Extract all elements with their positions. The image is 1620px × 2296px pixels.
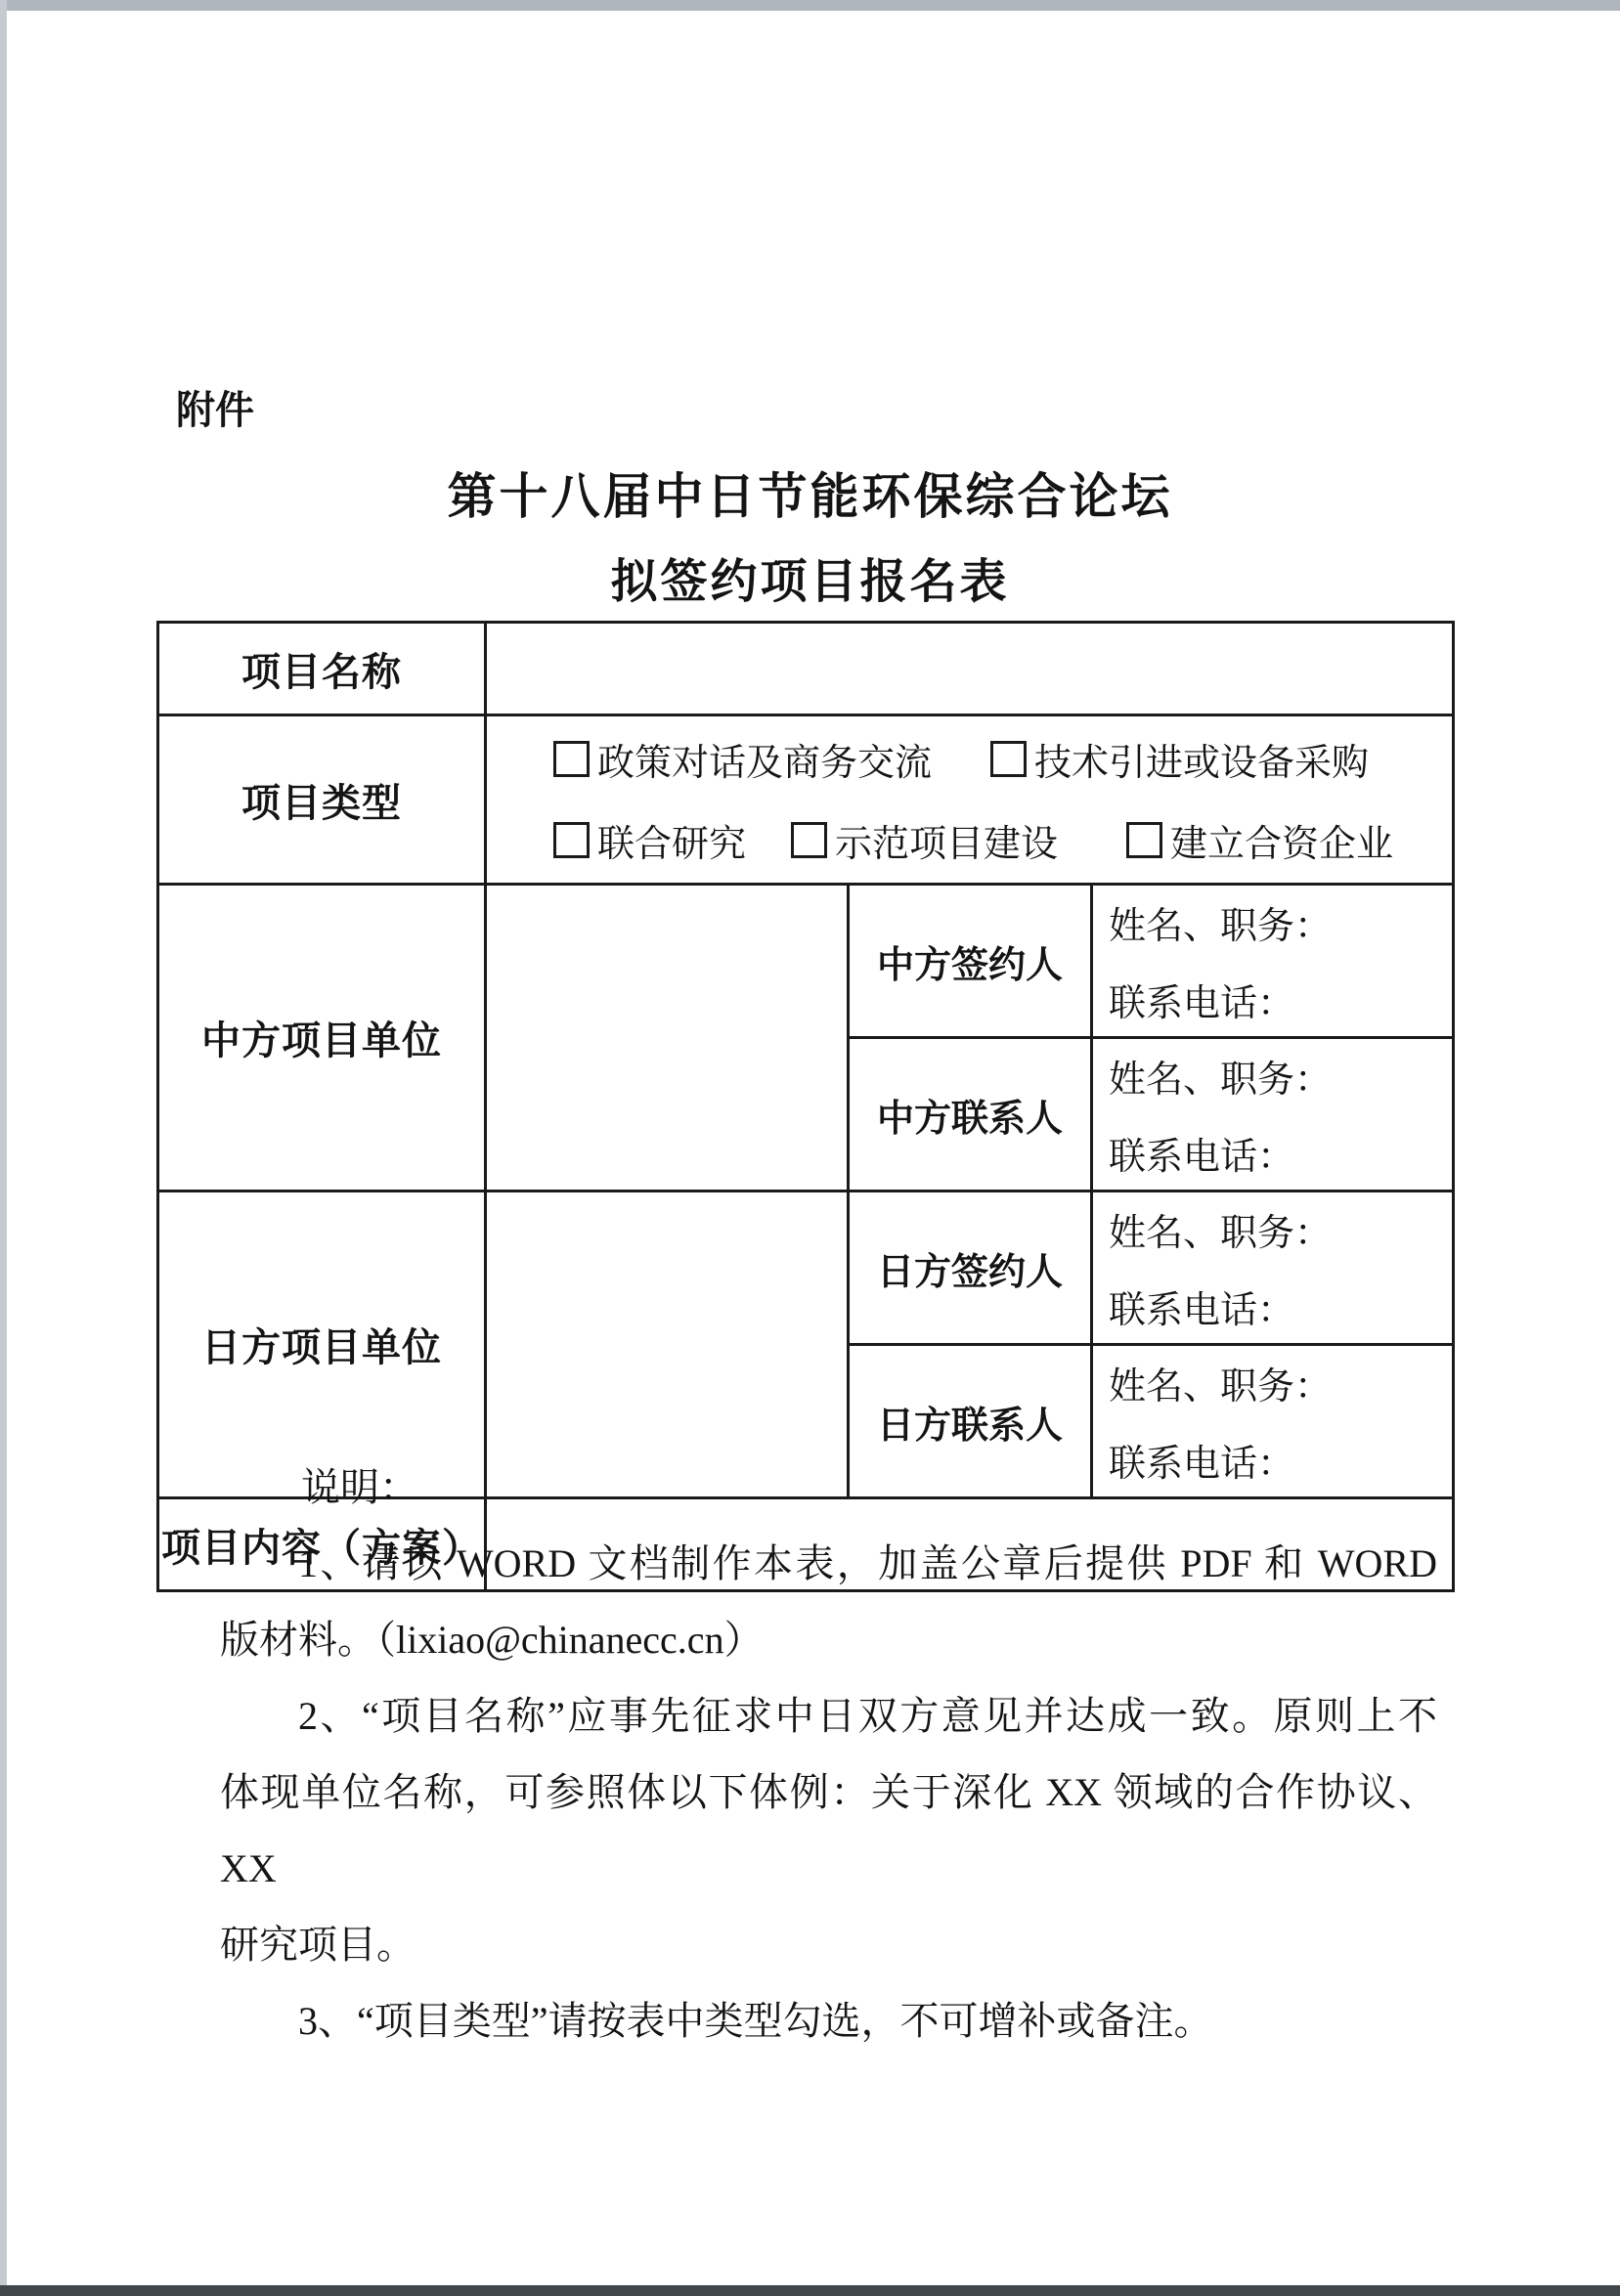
- checkbox-option: 技术引进或设备采购: [990, 732, 1369, 786]
- china-signatory-info-cell: 姓名、职务： 联系电话：: [1092, 885, 1454, 1038]
- checkbox-icon: [990, 741, 1027, 777]
- china-unit-label: 中方项目单位: [158, 885, 486, 1191]
- checkbox-option: 政策对话及商务交流: [553, 732, 932, 786]
- checkbox-option: 联合研究: [553, 813, 746, 867]
- page-subtitle: 拟签约项目报名表: [0, 543, 1620, 611]
- china-contact-info-cell: 姓名、职务： 联系电话：: [1092, 1038, 1454, 1191]
- checkbox-option: 建立合资企业: [1126, 813, 1393, 867]
- project-type-options-cell: 政策对话及商务交流 技术引进或设备采购 联合研究 示范项目建设 建立合资企业: [486, 715, 1454, 885]
- checkbox-option-label: 政策对话及商务交流: [597, 732, 932, 786]
- note-line: 体现单位名称，可参照体以下体例：关于深化 XX 领域的合作协议、XX: [220, 1754, 1437, 1907]
- note-line: 3、“项目类型”请按表中类型勾选，不可增补或备注。: [220, 1983, 1437, 2059]
- registration-form-table: 项目名称 项目类型 政策对话及商务交流 技术引进或设备采购 联合研究 示范项目建…: [156, 621, 1455, 1592]
- project-type-options-line1: 政策对话及商务交流 技术引进或设备采购: [553, 732, 1442, 786]
- checkbox-option-label: 示范项目建设: [835, 813, 1058, 867]
- project-name-label: 项目名称: [158, 623, 486, 715]
- checkbox-icon: [791, 822, 827, 858]
- name-title-field: 姓名、职务：: [1109, 1202, 1444, 1256]
- row-project-type: 项目类型 政策对话及商务交流 技术引进或设备采购 联合研究 示范项目建设 建立合…: [158, 715, 1454, 885]
- checkbox-option: 示范项目建设: [791, 813, 1058, 867]
- scan-edge-bottom: [0, 2285, 1620, 2296]
- phone-field: 联系电话：: [1109, 973, 1444, 1026]
- checkbox-icon: [553, 741, 590, 777]
- checkbox-icon: [553, 822, 590, 858]
- name-title-field: 姓名、职务：: [1109, 895, 1444, 949]
- project-type-label: 项目类型: [158, 715, 486, 885]
- phone-field: 联系电话：: [1109, 1126, 1444, 1180]
- notes-heading: 说明：: [220, 1450, 1437, 1526]
- china-contact-label: 中方联系人: [849, 1038, 1092, 1191]
- china-signatory-label: 中方签约人: [849, 885, 1092, 1038]
- name-title-field: 姓名、职务：: [1109, 1356, 1444, 1409]
- row-china-signatory: 中方项目单位 中方签约人 姓名、职务： 联系电话：: [158, 885, 1454, 1038]
- japan-signatory-info-cell: 姓名、职务： 联系电话：: [1092, 1191, 1454, 1345]
- notes-section: 说明： 1、请以 WORD 文档制作本表，加盖公章后提供 PDF 和 WORD …: [220, 1450, 1437, 2059]
- row-japan-signatory: 日方项目单位 日方签约人 姓名、职务： 联系电话：: [158, 1191, 1454, 1345]
- checkbox-option-label: 建立合资企业: [1170, 813, 1393, 867]
- row-project-name: 项目名称: [158, 623, 1454, 715]
- scan-edge-left: [0, 0, 7, 2296]
- note-line: 研究项目。: [220, 1907, 1437, 1983]
- project-name-input-area: [486, 623, 1454, 715]
- checkbox-option-label: 联合研究: [597, 813, 746, 867]
- note-line: 版材料。（lixiao@chinanecc.cn）: [220, 1602, 1437, 1678]
- checkbox-option-label: 技术引进或设备采购: [1034, 732, 1369, 786]
- checkbox-icon: [1126, 822, 1162, 858]
- note-line: 1、请以 WORD 文档制作本表，加盖公章后提供 PDF 和 WORD: [220, 1526, 1437, 1602]
- scan-edge-top: [0, 0, 1620, 11]
- phone-field: 联系电话：: [1109, 1279, 1444, 1333]
- project-type-options-line2: 联合研究 示范项目建设 建立合资企业: [553, 813, 1442, 867]
- name-title-field: 姓名、职务：: [1109, 1049, 1444, 1103]
- page-title: 第十八届中日节能环保综合论坛: [0, 457, 1620, 528]
- china-unit-input-area: [486, 885, 849, 1191]
- note-line: 2、“项目名称”应事先征求中日双方意见并达成一致。原则上不: [220, 1678, 1437, 1754]
- japan-signatory-label: 日方签约人: [849, 1191, 1092, 1345]
- attachment-label: 附件: [176, 379, 254, 435]
